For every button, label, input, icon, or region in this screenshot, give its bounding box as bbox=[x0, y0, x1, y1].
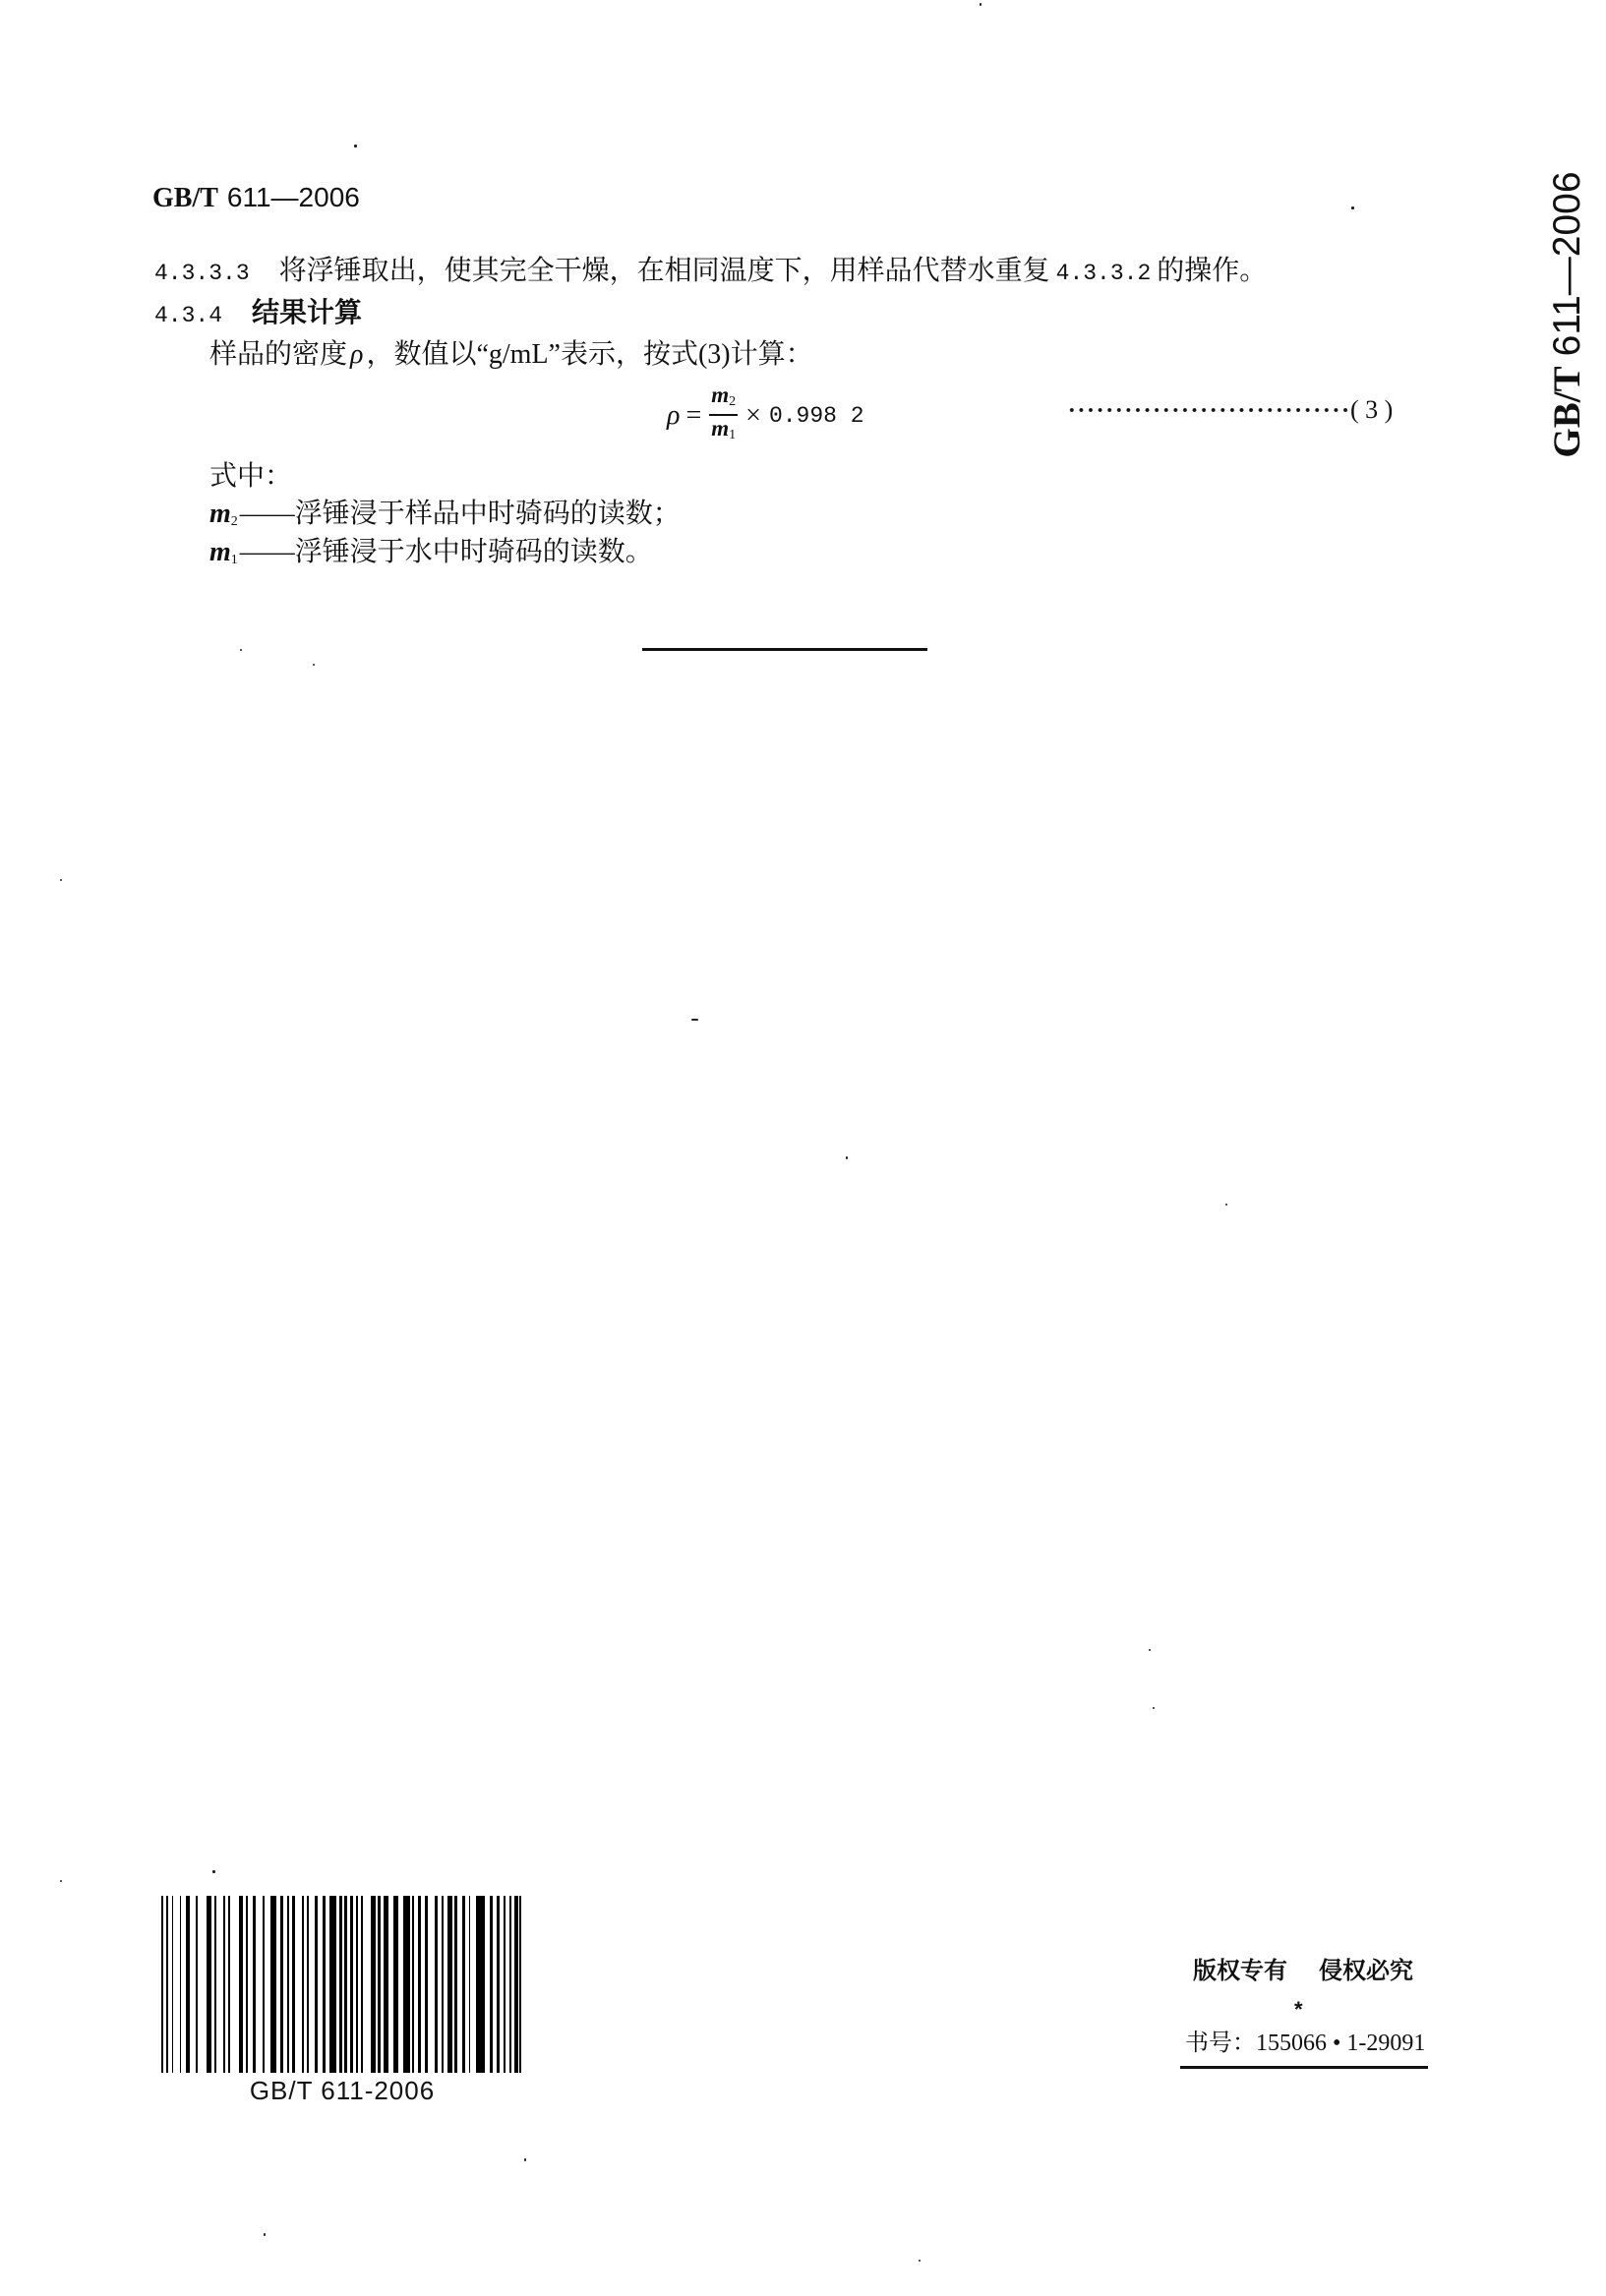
clause-4-3-3-3: 4.3.3.3将浮锤取出，使其完全干燥，在相同温度下，用样品代替水重复4.3.3… bbox=[154, 255, 1267, 290]
denominator-var: m bbox=[711, 416, 729, 441]
barcode-bar bbox=[361, 1896, 363, 2073]
variable-subscript: 1 bbox=[231, 553, 238, 567]
side-label: GB/T611—2006 bbox=[1548, 169, 1587, 460]
formula-fraction: m2 m1 bbox=[709, 384, 738, 447]
scan-speck bbox=[212, 1870, 215, 1873]
barcode-bar bbox=[323, 1896, 326, 2073]
scan-speck bbox=[846, 1156, 848, 1159]
barcode-bar bbox=[180, 1896, 181, 2073]
barcode-bar bbox=[350, 1896, 353, 2073]
where-label: 式中： bbox=[209, 460, 292, 494]
variable-description: 浮锤浸于水中时骑码的读数。 bbox=[295, 537, 653, 567]
intro-text-end: ，数值以“g/mL”表示，按式(3)计算： bbox=[366, 339, 812, 370]
barcode-bar bbox=[186, 1896, 190, 2073]
barcode-bar bbox=[270, 1896, 276, 2073]
variable-definition: m2——浮锤浸于样品中时骑码的读数； bbox=[209, 498, 681, 539]
scan-speck bbox=[60, 879, 62, 881]
formula-constant: 0.998 2 bbox=[769, 403, 864, 429]
barcode-bar bbox=[403, 1896, 410, 2073]
clause-text: 将浮锤取出，使其完全干燥，在相同温度下，用样品代替水重复 bbox=[279, 256, 1050, 286]
barcode-bar bbox=[356, 1896, 358, 2073]
clause-number: 4.3.3.3 bbox=[154, 261, 250, 286]
equation-number: ( 3 ) bbox=[1350, 396, 1393, 424]
barcode-bar bbox=[490, 1896, 493, 2073]
clause-4-3-4-heading: 4.3.4结果计算 bbox=[154, 296, 362, 332]
barcode-bar bbox=[435, 1896, 438, 2073]
dot-leader bbox=[1067, 407, 1349, 413]
scan-speck bbox=[524, 2158, 526, 2161]
barcode-bar bbox=[418, 1896, 421, 2073]
clause-number: 4.3.4 bbox=[154, 303, 222, 328]
barcode-bar bbox=[302, 1896, 304, 2073]
intro-text: 样品的密度 bbox=[209, 339, 347, 370]
barcode-bar bbox=[344, 1896, 347, 2073]
end-of-text-rule bbox=[642, 648, 927, 651]
variable-symbol: m bbox=[209, 499, 231, 529]
scan-speck bbox=[691, 1019, 698, 1021]
barcode-bar bbox=[469, 1896, 470, 2073]
variable-subscript: 2 bbox=[231, 514, 238, 529]
barcode-bar bbox=[462, 1896, 465, 2073]
variable-dash: —— bbox=[240, 499, 295, 529]
barcode-bar bbox=[253, 1896, 256, 2073]
scan-speck bbox=[980, 3, 981, 6]
book-number: 书号：155066 • 1-29091 bbox=[1185, 2030, 1425, 2057]
barcode-bar bbox=[514, 1896, 518, 2073]
barcode-bar bbox=[280, 1896, 283, 2073]
scan-speck bbox=[1149, 1649, 1151, 1651]
scan-speck bbox=[919, 2260, 921, 2262]
barcode-bar bbox=[263, 1896, 265, 2073]
barcode-bar bbox=[166, 1896, 168, 2073]
scan-speck bbox=[1351, 206, 1354, 209]
barcode-bar bbox=[214, 1896, 216, 2073]
fraction-denominator: m1 bbox=[711, 416, 736, 447]
barcode-bar bbox=[412, 1896, 414, 2073]
copyright-notice: 版权专有侵权必究 bbox=[1193, 1958, 1413, 1985]
barcode-bar bbox=[519, 1896, 521, 2073]
formula-lhs: ρ bbox=[667, 400, 680, 432]
standard-number: 611—2006 bbox=[227, 182, 360, 212]
variable-definition: m1——浮锤浸于水中时骑码的读数。 bbox=[209, 536, 653, 577]
book-number-underline bbox=[1180, 2066, 1428, 2069]
variable-description: 浮锤浸于样品中时骑码的读数； bbox=[295, 499, 681, 529]
barcode-bar bbox=[454, 1896, 457, 2073]
density-symbol: ρ bbox=[350, 339, 363, 370]
barcode-bar bbox=[329, 1896, 336, 2073]
barcode-bar bbox=[239, 1896, 243, 2073]
barcode-bar bbox=[292, 1896, 295, 2073]
barcode-bar bbox=[339, 1896, 342, 2073]
denominator-sub: 1 bbox=[729, 428, 736, 442]
scan-speck bbox=[1153, 1707, 1155, 1709]
barcode-bar bbox=[442, 1896, 444, 2073]
numerator-var: m bbox=[711, 383, 729, 407]
variable-symbol: m bbox=[209, 537, 231, 567]
scan-speck bbox=[313, 664, 315, 666]
barcode-bar bbox=[384, 1896, 388, 2073]
clause-title: 结果计算 bbox=[252, 297, 362, 327]
barcode-bar bbox=[393, 1896, 398, 2073]
barcode-bar bbox=[207, 1896, 211, 2073]
formula-operator: × bbox=[745, 400, 761, 432]
density-formula: ρ = m2 m1 × 0.998 2 bbox=[667, 391, 864, 441]
barcode-bar bbox=[497, 1896, 500, 2073]
standard-prefix: GB/T bbox=[152, 183, 218, 213]
side-label-prefix: GB/T bbox=[1546, 366, 1588, 457]
barcode-bar bbox=[371, 1896, 376, 2073]
barcode-bar bbox=[378, 1896, 381, 2073]
book-number-value: 155066 • 1-29091 bbox=[1256, 2031, 1425, 2056]
side-label-number: 611—2006 bbox=[1546, 171, 1588, 356]
barcode-bar bbox=[196, 1896, 198, 2073]
barcode-bar bbox=[425, 1896, 428, 2073]
fraction-numerator: m2 bbox=[709, 384, 738, 416]
density-intro: 样品的密度ρ，数值以“g/mL”表示，按式(3)计算： bbox=[209, 338, 813, 372]
barcode-bar bbox=[228, 1896, 230, 2073]
numerator-sub: 2 bbox=[729, 394, 736, 409]
asterisk-mark: * bbox=[1294, 1998, 1303, 2022]
copyright-infringement: 侵权必究 bbox=[1319, 1958, 1413, 1984]
variable-dash: —— bbox=[240, 537, 295, 567]
scan-speck bbox=[1225, 1204, 1227, 1206]
scan-speck bbox=[354, 145, 357, 147]
barcode-bar bbox=[476, 1896, 485, 2073]
scan-speck bbox=[60, 1880, 62, 1882]
barcode-bar bbox=[447, 1896, 452, 2073]
barcode-bar bbox=[307, 1896, 309, 2073]
barcode-bar bbox=[172, 1896, 173, 2073]
scan-speck bbox=[240, 649, 242, 651]
book-number-label: 书号： bbox=[1185, 2031, 1256, 2056]
barcode-bar bbox=[161, 1896, 163, 2073]
running-header: GB/T611—2006 bbox=[152, 181, 360, 215]
barcode-bar bbox=[504, 1896, 506, 2073]
formula-equals: = bbox=[685, 400, 701, 432]
barcode-bar bbox=[509, 1896, 511, 2073]
clause-text-end: 的操作。 bbox=[1157, 256, 1267, 286]
barcode-bar bbox=[246, 1896, 248, 2073]
barcode-caption: GB/T 611-2006 bbox=[161, 2076, 523, 2105]
barcode bbox=[161, 1896, 523, 2073]
barcode-bar bbox=[287, 1896, 289, 2073]
copyright-reserved: 版权专有 bbox=[1193, 1958, 1287, 1984]
scan-speck bbox=[264, 2233, 266, 2236]
barcode-bar bbox=[315, 1896, 318, 2073]
clause-reference: 4.3.3.2 bbox=[1056, 261, 1152, 286]
barcode-bar bbox=[223, 1896, 225, 2073]
